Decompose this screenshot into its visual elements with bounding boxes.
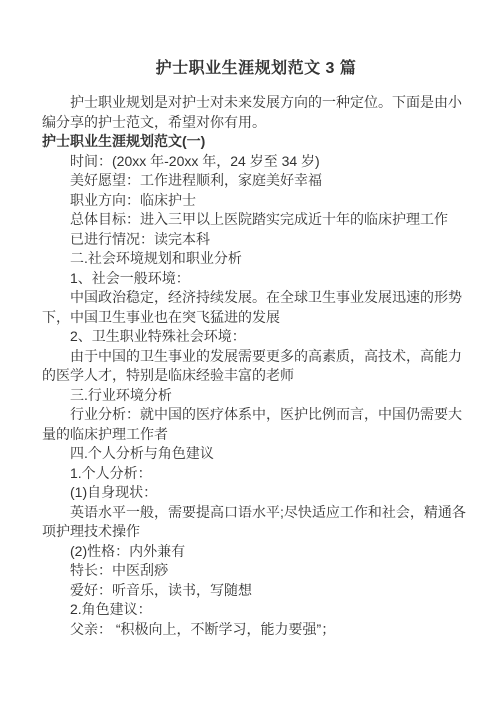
paragraph: 职业方向：临床护士 [42, 191, 470, 211]
paragraph: (1)自身现状： [42, 483, 470, 503]
paragraph: 时间：(20xx 年-20xx 年，24 岁至 34 岁) [42, 152, 470, 172]
paragraph: 已进行情况：读完本科 [42, 230, 470, 250]
section-heading: 护士职业生涯规划范文(一) [42, 132, 470, 152]
paragraph: 由于中国的卫生事业的发展需要更多的高素质，高技术，高能力的医学人才，特别是临床经… [42, 347, 470, 386]
paragraph: 行业分析：就中国的医疗体系中，医护比例而言，中国仍需要大量的临床护理工作者 [42, 405, 470, 444]
paragraph: 英语水平一般，需要提高口语水平;尽快适应工作和社会，精通各项护理技术操作 [42, 503, 470, 542]
paragraph: 2、卫生职业特殊社会环境： [42, 327, 470, 347]
paragraph: 护士职业规划是对护士对未来发展方向的一种定位。下面是由小编分享的护士范文，希望对… [42, 93, 470, 132]
paragraph: 四.个人分析与角色建议 [42, 444, 470, 464]
document-page: 护士职业生涯规划范文 3 篇 护士职业规划是对护士对未来发展方向的一种定位。下面… [0, 0, 500, 707]
paragraph: 二.社会环境规划和职业分析 [42, 249, 470, 269]
paragraph: 父亲： “积极向上，不断学习，能力要强”； [42, 620, 470, 640]
paragraph: 1、社会一般环境： [42, 269, 470, 289]
document-body: 护士职业规划是对护士对未来发展方向的一种定位。下面是由小编分享的护士范文，希望对… [42, 93, 470, 639]
paragraph: 中国政治稳定，经济持续发展。在全球卫生事业发展迅速的形势下，中国卫生事业也在突飞… [42, 288, 470, 327]
paragraph: (2)性格：内外兼有 [42, 542, 470, 562]
paragraph: 特长：中医刮痧 [42, 561, 470, 581]
paragraph: 三.行业环境分析 [42, 386, 470, 406]
document-title: 护士职业生涯规划范文 3 篇 [42, 58, 470, 80]
paragraph: 1.个人分析： [42, 464, 470, 484]
paragraph: 2.角色建议： [42, 600, 470, 620]
paragraph: 美好愿望：工作进程顺利，家庭美好幸福 [42, 171, 470, 191]
paragraph: 爱好：听音乐，读书，写随想 [42, 581, 470, 601]
paragraph: 总体目标：进入三甲以上医院踏实完成近十年的临床护理工作 [42, 210, 470, 230]
